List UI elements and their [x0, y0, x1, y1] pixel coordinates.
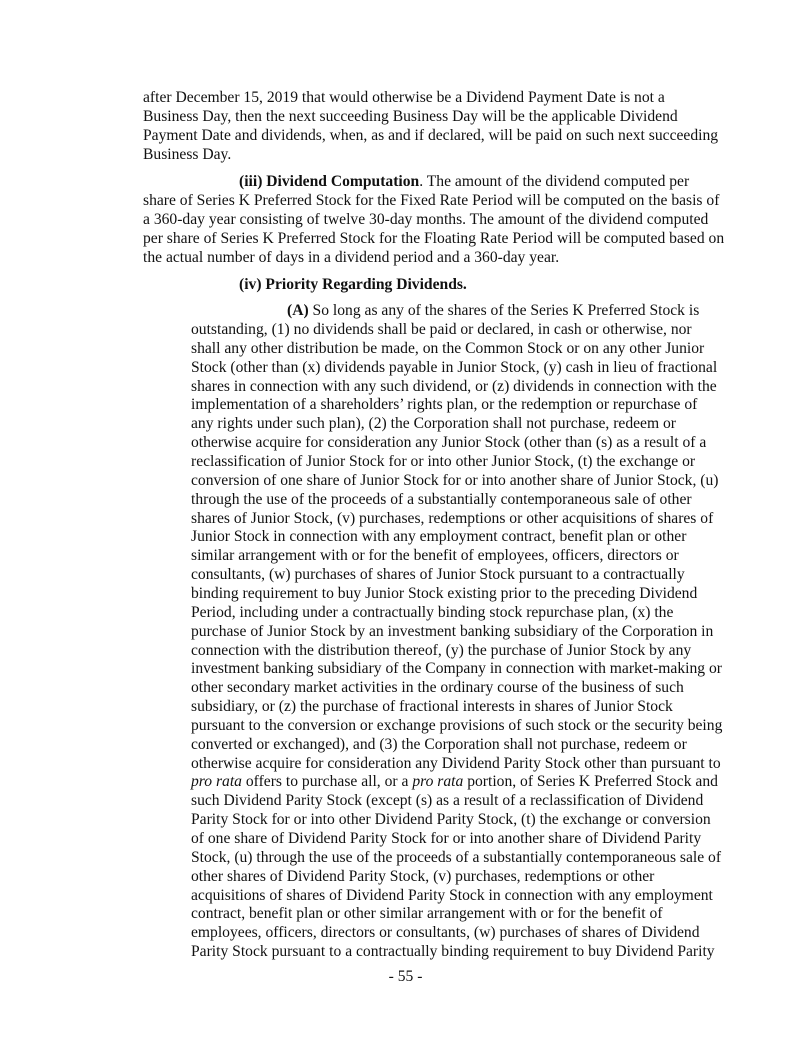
text-line: Period, including under a contractually …: [191, 604, 673, 623]
text-line: purchase of Junior Stock by an investmen…: [191, 623, 713, 642]
text-line: subsidiary, or (z) the purchase of fract…: [191, 698, 673, 717]
text-line: of one share of Dividend Parity Stock fo…: [191, 830, 701, 849]
text-line: similar arrangement with or for the bene…: [191, 547, 679, 566]
text-line: pro rata offers to purchase all, or a pr…: [191, 773, 718, 792]
text-span: offers to purchase all, or a: [242, 773, 412, 790]
text-line: reclassification of Junior Stock for or …: [191, 453, 695, 472]
section-heading: (iii) Dividend Computation: [239, 173, 419, 190]
text-line: a 360-day year consisting of twelve 30-d…: [143, 211, 708, 230]
text-line: consultants, (w) purchases of shares of …: [191, 566, 685, 585]
text-line: Business Day, then the next succeeding B…: [143, 108, 678, 127]
text-line: Stock, (u) through the use of the procee…: [191, 849, 721, 868]
italic-term: pro rata: [412, 773, 463, 790]
text-line: shares in connection with any such divid…: [191, 378, 717, 397]
text-line: pursuant to the conversion or exchange p…: [191, 717, 722, 736]
text-line: after December 15, 2019 that would other…: [143, 89, 665, 108]
page-number: - 55 -: [0, 968, 811, 987]
text-line: (iii) Dividend Computation. The amount o…: [239, 173, 689, 192]
text-line: per share of Series K Preferred Stock fo…: [143, 230, 724, 249]
text-line: implementation of a shareholders’ rights…: [191, 396, 697, 415]
text-line: acquisitions of shares of Dividend Parit…: [191, 887, 713, 906]
text-line: Stock (other than (x) dividends payable …: [191, 359, 717, 378]
text-line: conversion of one share of Junior Stock …: [191, 472, 718, 491]
text-line: shall any other distribution be made, on…: [191, 340, 704, 359]
text-line: outstanding, (1) no dividends shall be p…: [191, 321, 692, 340]
section-heading: (iv) Priority Regarding Dividends.: [239, 276, 467, 295]
text-line: binding requirement to buy Junior Stock …: [191, 585, 697, 604]
text-line: shares of Junior Stock, (v) purchases, r…: [191, 510, 713, 529]
text-line: Parity Stock pursuant to a contractually…: [191, 943, 715, 962]
text-line: such Dividend Parity Stock (except (s) a…: [191, 792, 703, 811]
text-line: Parity Stock for or into other Dividend …: [191, 811, 711, 830]
text-line: otherwise acquire for consideration any …: [191, 755, 721, 774]
text-line: otherwise acquire for consideration any …: [191, 434, 706, 453]
document-page: after December 15, 2019 that would other…: [0, 0, 811, 1050]
text-line: Business Day.: [143, 146, 231, 165]
text-line: other shares of Dividend Parity Stock, (…: [191, 868, 654, 887]
text-line: through the use of the proceeds of a sub…: [191, 491, 692, 510]
text-span: portion, of Series K Preferred Stock and: [463, 773, 718, 790]
text-line: other secondary market activities in the…: [191, 679, 684, 698]
text-line: Junior Stock in connection with any empl…: [191, 528, 686, 547]
text-line: contract, benefit plan or other similar …: [191, 905, 663, 924]
text-line: Payment Date and dividends, when, as and…: [143, 127, 718, 146]
text-line: investment banking subsidiary of the Com…: [191, 660, 722, 679]
text-line: connection with the distribution thereof…: [191, 642, 691, 661]
text-line: employees, officers, directors or consul…: [191, 924, 700, 943]
subsection-label: (A): [287, 302, 309, 319]
text-line: the actual number of days in a dividend …: [143, 249, 559, 268]
text-line: any rights under such plan), (2) the Cor…: [191, 415, 676, 434]
italic-term: pro rata: [191, 773, 242, 790]
text-line: converted or exchanged), and (3) the Cor…: [191, 736, 687, 755]
text-line: share of Series K Preferred Stock for th…: [143, 192, 719, 211]
text-line: (A) So long as any of the shares of the …: [287, 302, 699, 321]
